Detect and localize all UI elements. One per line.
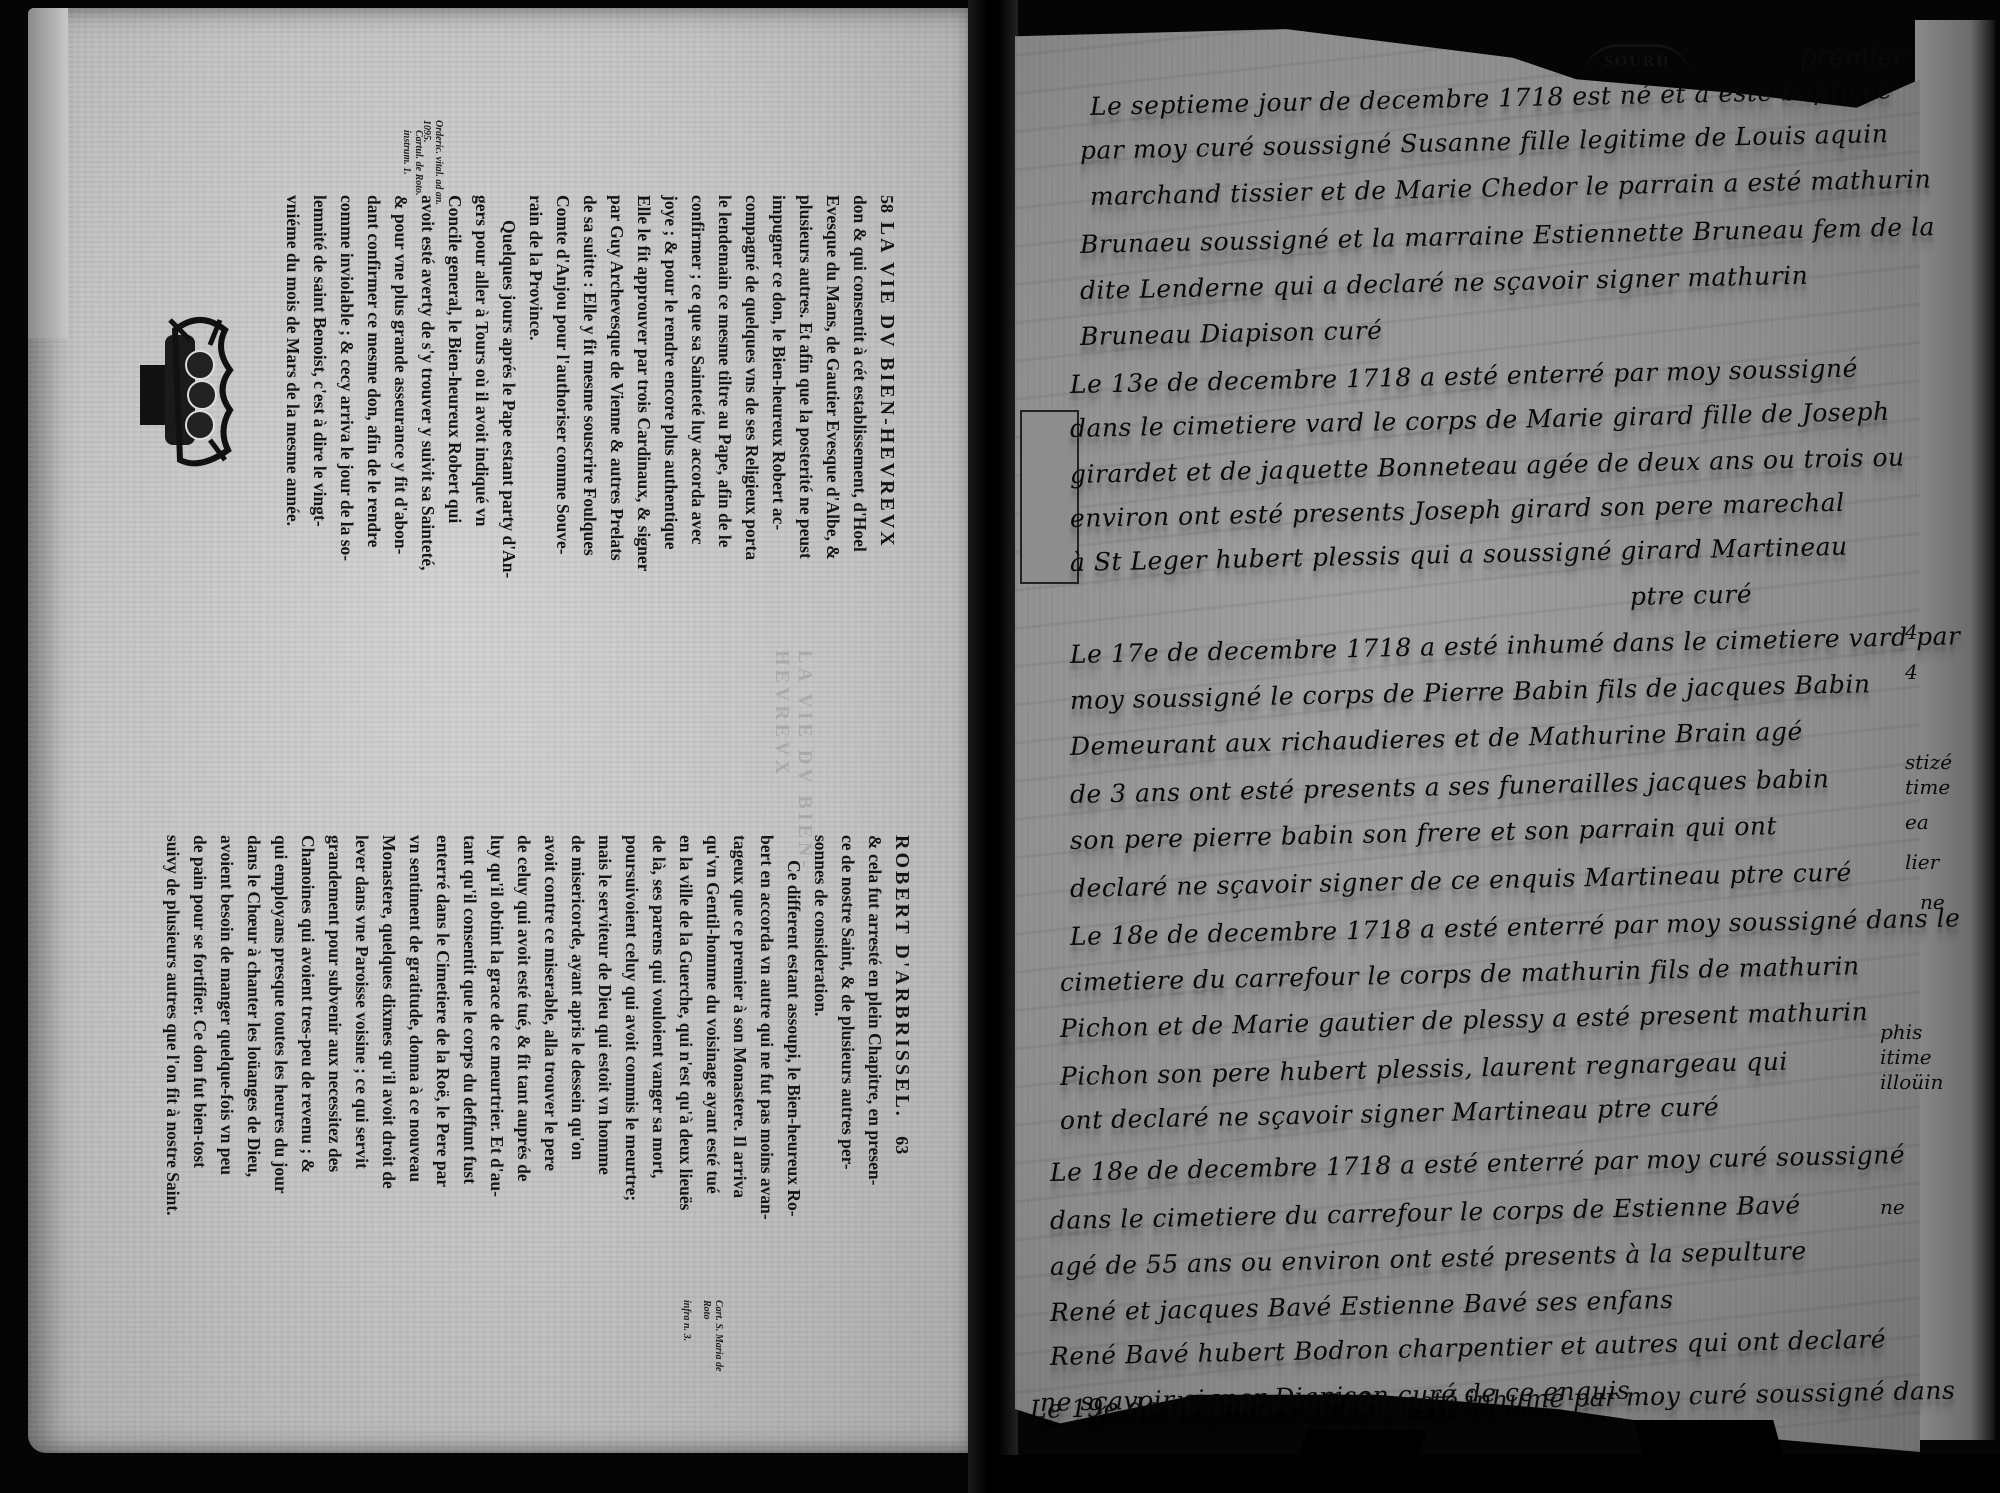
running-head-title: LA VIE DV BIEN-HEVREVX — [876, 222, 898, 549]
torn-edge — [1293, 1430, 1428, 1470]
text-line: plusieurs autres. Et afin que la posteri… — [792, 195, 819, 625]
text-line: qui employans presque toutes les heures … — [267, 835, 294, 1300]
text-line: & pour vne plus grande asseurance y fit … — [387, 195, 414, 625]
running-head-top: 58 LA VIE DV BIEN-HEVREVX — [873, 195, 900, 625]
text-line: bert en accorda vn autre qui ne fut pas … — [753, 835, 780, 1300]
text-line: Elle le fit approuver par trois Cardinau… — [630, 195, 657, 625]
margin-note: Cartul. de Roto. instrum. 1. — [400, 130, 424, 215]
torn-edge — [1633, 1420, 1786, 1470]
text-line: luy qu'il obtint la grace de ce meurtrie… — [483, 835, 510, 1300]
margin-fragment: itime — [1880, 1045, 1932, 1069]
text-line: tant qu'il consentit que le corps du def… — [456, 835, 483, 1300]
margin-fragment: ea — [1905, 810, 1929, 834]
text-line: avoit esté averty de s'y trouver y suivi… — [414, 195, 441, 625]
text-line: confirmer ; ce que sa Sainteté luy accor… — [684, 195, 711, 625]
text-line: de misericorde, ayant apris le dessein q… — [564, 835, 591, 1300]
text-line: de celuy qui avoit esté tué, & fit tant … — [510, 835, 537, 1300]
book-gutter — [968, 0, 1018, 1493]
text-line: Comte d'Anjou pour l'authoriser comme So… — [549, 195, 576, 625]
printed-text-block-bottom: ROBERT D'ARBRISSEL. 63 & cela fut arrest… — [140, 835, 915, 1300]
margin-fragment: 4 — [1905, 660, 1918, 684]
text-line: impugner ce don, le Bien-heureux Robert … — [765, 195, 792, 625]
text-line: vn sentiment de gratitude, donna à ce no… — [402, 835, 429, 1300]
archive-stamp: SOURD — [1582, 44, 1692, 81]
corner-annotation: premier — [1800, 42, 1905, 72]
text-line: & cela fut arresté en plein Chapitre, en… — [861, 835, 888, 1300]
page-number-top: 58 — [877, 195, 897, 213]
margin-note: Cart. S. Maria de Roto — [700, 1300, 724, 1380]
text-line: Evesque du Mans, de Gautier Evesque d'Al… — [819, 195, 846, 625]
scan-background: LA VIE DV BIEN-HEVREVX 58 LA VIE DV BIEN… — [0, 0, 2000, 1493]
fleuron-basket-of-fruit-icon — [130, 310, 240, 470]
text-line: gers pour aller à Tours où il avoit indi… — [468, 195, 495, 625]
text-line: suivy de plusieurs autres que l'on fit à… — [159, 835, 186, 1300]
text-line: don & qui consentit à cét establissement… — [846, 195, 873, 625]
margin-fragment: lier — [1905, 850, 1939, 874]
text-line: ce de nostre Saint, & de plusieurs autre… — [834, 835, 861, 1300]
margin-fragment: ne — [1920, 890, 1945, 914]
page-number-bottom: 63 — [892, 1136, 912, 1154]
text-line: qu'vn Gentil-homme du voisinage ayant es… — [699, 835, 726, 1300]
text-line: enterré dans le Cimetiere de la Roë, le … — [429, 835, 456, 1300]
torn-edge — [1000, 1455, 2000, 1493]
printed-text-block-top: 58 LA VIE DV BIEN-HEVREVX don & qui cons… — [130, 195, 900, 625]
running-head-title: ROBERT D'ARBRISSEL. — [891, 835, 913, 1119]
text-line: de sa suitte : Elle y fit mesme souscrir… — [576, 195, 603, 625]
text-line: Concile general, le Bien-heureux Robert … — [441, 195, 468, 625]
text-line: en la ville de la Guerche, qui n'est qu'… — [672, 835, 699, 1300]
margin-fragment: illoüin — [1880, 1070, 1943, 1094]
text-line: sonnes de consideration. — [807, 835, 834, 1300]
text-line: lever dans vne Paroisse voisine ; ce qui… — [348, 835, 375, 1300]
text-line: de là, ses parens qui vouloient vanger s… — [645, 835, 672, 1300]
text-line: comme inviolable ; & cecy arriva le jour… — [333, 195, 360, 625]
text-line: rain de la Province. — [522, 195, 549, 625]
text-line: tageux que ce premier à son Monastere. I… — [726, 835, 753, 1300]
text-line: par Guy Archevesque de Vienne & autres P… — [603, 195, 630, 625]
text-line: dant confirmer ce mesme don, afin de le … — [360, 195, 387, 625]
margin-fragment: ne — [1880, 1195, 1905, 1219]
text-line: Monastere, quelques dixmes qu'il avoit d… — [375, 835, 402, 1300]
text-line: compagné de quelques vns de ses Religieu… — [738, 195, 765, 625]
text-line: lemnité de saint Benoist, c'est à dire l… — [306, 195, 333, 625]
text-line: Quelques jours aprés le Pape estant part… — [495, 195, 522, 625]
margin-fragment: time — [1905, 775, 1950, 799]
text-line: grandement pour subvenir aux necessitez … — [321, 835, 348, 1300]
text-line: avoit contre ce miserable, alla trouver … — [537, 835, 564, 1300]
text-line: Chanoines qui avoient tres-peu de revenu… — [294, 835, 321, 1300]
margin-fragment: stizé — [1905, 750, 1952, 774]
text-line: joye ; & pour le rendre encore plus auth… — [657, 195, 684, 625]
margin-fragment: phis — [1880, 1020, 1922, 1044]
text-line: mais le serviteur de Dieu qui estoit vn … — [591, 835, 618, 1300]
text-line: dans le Chœur à chanter les loüanges de … — [240, 835, 267, 1300]
margin-note: infra n. 3. — [680, 1300, 692, 1360]
text-line: Ce different estant assoupi, le Bien-heu… — [780, 835, 807, 1300]
margin-fragment: 4 — [1905, 620, 1918, 644]
text-line: de pain pour se fortifier. Ce don fut bi… — [186, 835, 213, 1300]
text-line: avoient besoin de manger quelque-fois vn… — [213, 835, 240, 1300]
handwritten-line: ptre curé — [1630, 579, 1753, 611]
text-line: vniéme du mois de Mars de la mesme année… — [279, 195, 306, 625]
text-line: le lendemain ce mesme tiltre au Pape, af… — [711, 195, 738, 625]
page-fold — [28, 8, 68, 338]
running-head-bottom: ROBERT D'ARBRISSEL. 63 — [888, 835, 915, 1300]
text-line: poursuivoient celuy qui avoit commis le … — [618, 835, 645, 1300]
